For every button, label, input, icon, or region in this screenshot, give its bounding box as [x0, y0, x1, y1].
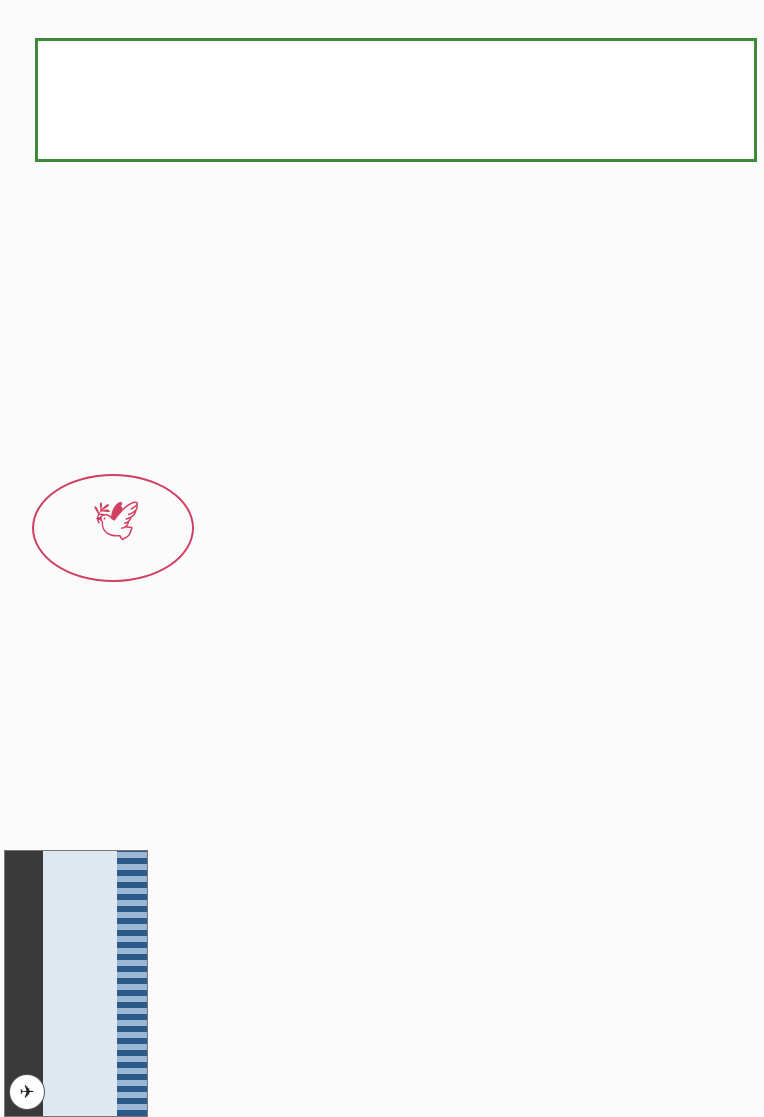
pigeon-logo-icon: ✈: [9, 1074, 45, 1110]
dove-icon: 🕊: [92, 502, 140, 542]
breeder-stamp: 🕊: [32, 474, 194, 582]
pedigree-header: [35, 38, 757, 162]
ownership-card: ✈: [4, 850, 148, 1117]
